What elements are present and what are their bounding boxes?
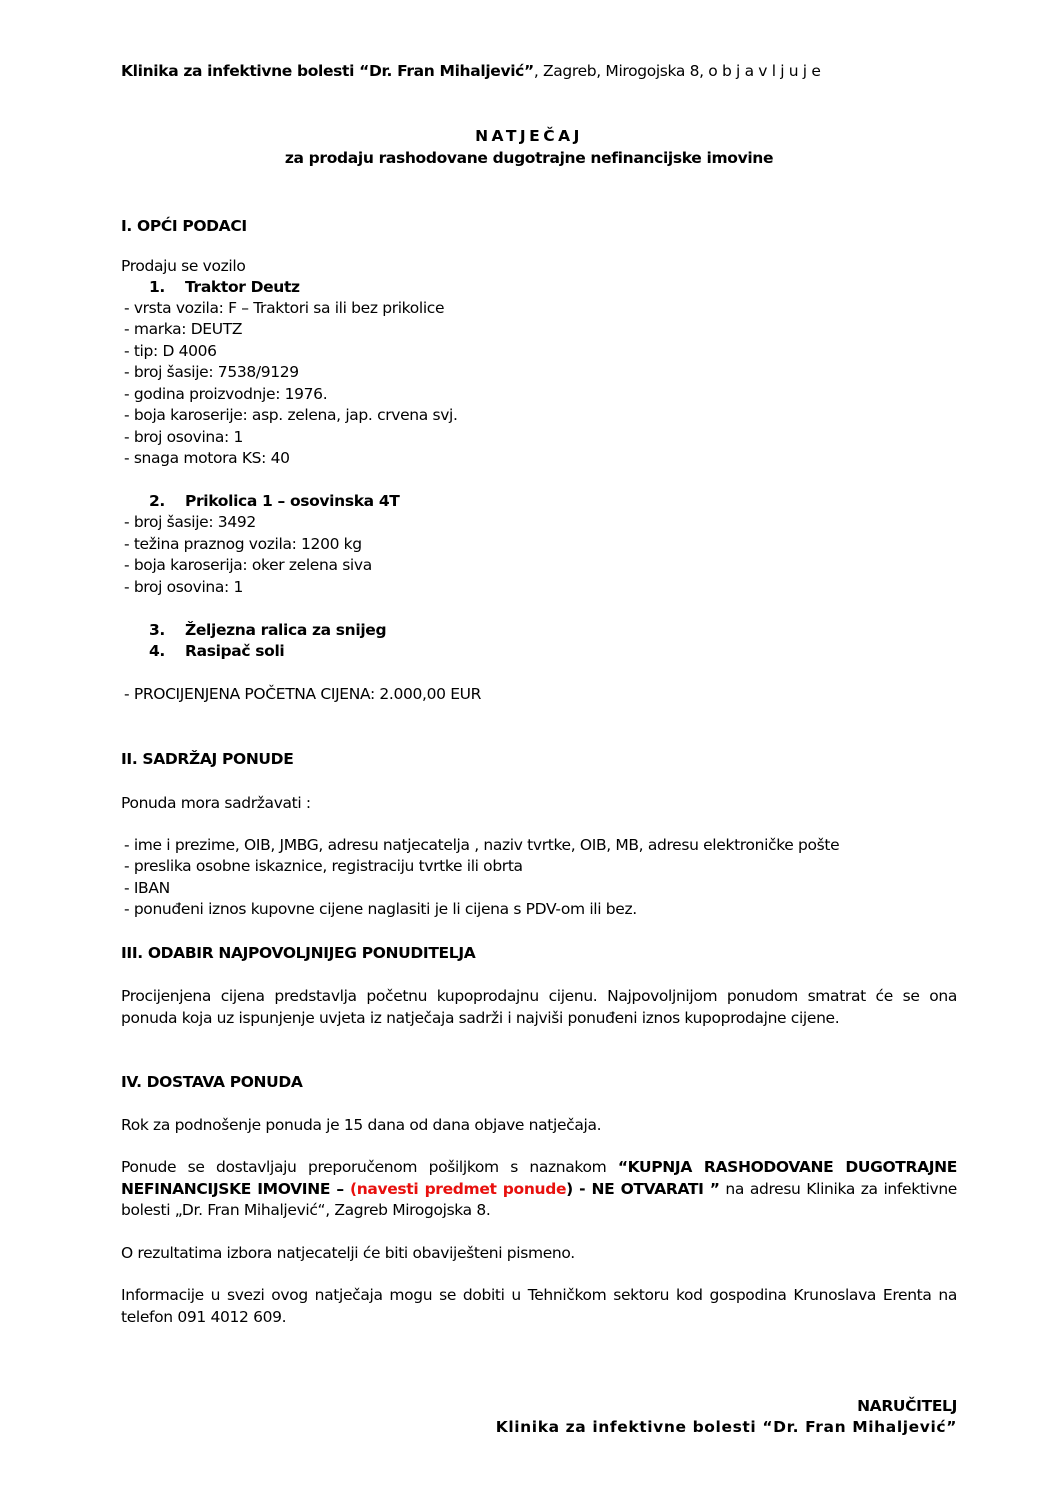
section-1-intro: Prodaju se vozilo [121, 255, 245, 277]
signature-role: NARUČITELJ [857, 1395, 957, 1417]
section-3-paragraph: Procijenjena cijena predstavlja početnu … [121, 986, 957, 1029]
item-1-title: 1.Traktor Deutz [149, 276, 300, 298]
document-title: NATJEČAJ [0, 125, 1058, 147]
signature-institution: Klinika za infektivne bolesti “Dr. Fran … [496, 1416, 957, 1438]
item-1-detail: - marka: DEUTZ [124, 318, 242, 340]
contact-paragraph: Informacije u svezi ovog natječaja mogu … [121, 1285, 957, 1328]
document-subtitle: za prodaju rashodovane dugotrajne nefina… [0, 147, 1058, 169]
section-1-heading: I. OPĆI PODACI [121, 215, 247, 237]
item-name: Rasipač soli [185, 642, 284, 660]
item-1-detail: - broj osovina: 1 [124, 426, 243, 448]
item-3-title: 3.Željezna ralica za snijeg [149, 619, 386, 641]
item-name: Prikolica 1 – osovinska 4T [185, 492, 399, 510]
item-1-detail: - vrsta vozila: F – Traktori sa ili bez … [124, 297, 444, 319]
item-1-detail: - broj šasije: 7538/9129 [124, 361, 299, 383]
delivery-do-not-open: ) - NE OTVARATI ” [566, 1180, 720, 1198]
publisher-institution: Klinika za infektivne bolesti “Dr. Fran … [121, 62, 534, 80]
section-3-heading: III. ODABIR NAJPOVOLJNIJEG PONUDITELJA [121, 942, 475, 964]
item-name: Traktor Deutz [185, 278, 300, 296]
item-1-detail: - godina proizvodnje: 1976. [124, 383, 327, 405]
results-text: O rezultatima izbora natjecatelji će bit… [121, 1242, 575, 1264]
item-1-detail: - boja karoserije: asp. zelena, jap. crv… [124, 404, 458, 426]
item-2-detail: - broj osovina: 1 [124, 576, 243, 598]
item-number: 1. [149, 276, 185, 298]
section-2-heading: II. SADRŽAJ PONUDE [121, 748, 293, 770]
item-number: 4. [149, 640, 185, 662]
item-2-detail: - boja karoserija: oker zelena siva [124, 554, 372, 576]
section-2-intro: Ponuda mora sadržavati : [121, 792, 311, 814]
requirement-item: - IBAN [124, 877, 170, 899]
deadline-text: Rok za podnošenje ponuda je 15 dana od d… [121, 1114, 601, 1136]
item-name: Željezna ralica za snijeg [185, 621, 386, 639]
item-number: 2. [149, 490, 185, 512]
item-2-title: 2.Prikolica 1 – osovinska 4T [149, 490, 399, 512]
item-number: 3. [149, 619, 185, 641]
section-4-heading: IV. DOSTAVA PONUDA [121, 1071, 303, 1093]
document-page: Klinika za infektivne bolesti “Dr. Fran … [0, 0, 1058, 1497]
delivery-subject-placeholder: (navesti predmet ponude [350, 1180, 566, 1198]
delivery-paragraph: Ponude se dostavljaju preporučenom pošil… [121, 1157, 957, 1222]
estimated-price: - PROCIJENJENA POČETNA CIJENA: 2.000,00 … [124, 683, 481, 705]
item-4-title: 4.Rasipač soli [149, 640, 284, 662]
publisher-address: , Zagreb, Mirogojska 8, o b j a v l j u … [534, 62, 821, 80]
item-1-detail: - tip: D 4006 [124, 340, 217, 362]
requirement-item: - ponuđeni iznos kupovne cijene naglasit… [124, 898, 637, 920]
item-2-detail: - broj šasije: 3492 [124, 511, 256, 533]
item-2-detail: - težina praznog vozila: 1200 kg [124, 533, 362, 555]
delivery-prefix: Ponude se dostavljaju preporučenom pošil… [121, 1158, 618, 1176]
item-1-detail: - snaga motora KS: 40 [124, 447, 290, 469]
requirement-item: - ime i prezime, OIB, JMBG, adresu natje… [124, 834, 839, 856]
requirement-item: - preslika osobne iskaznice, registracij… [124, 855, 523, 877]
publisher-line: Klinika za infektivne bolesti “Dr. Fran … [121, 60, 821, 82]
